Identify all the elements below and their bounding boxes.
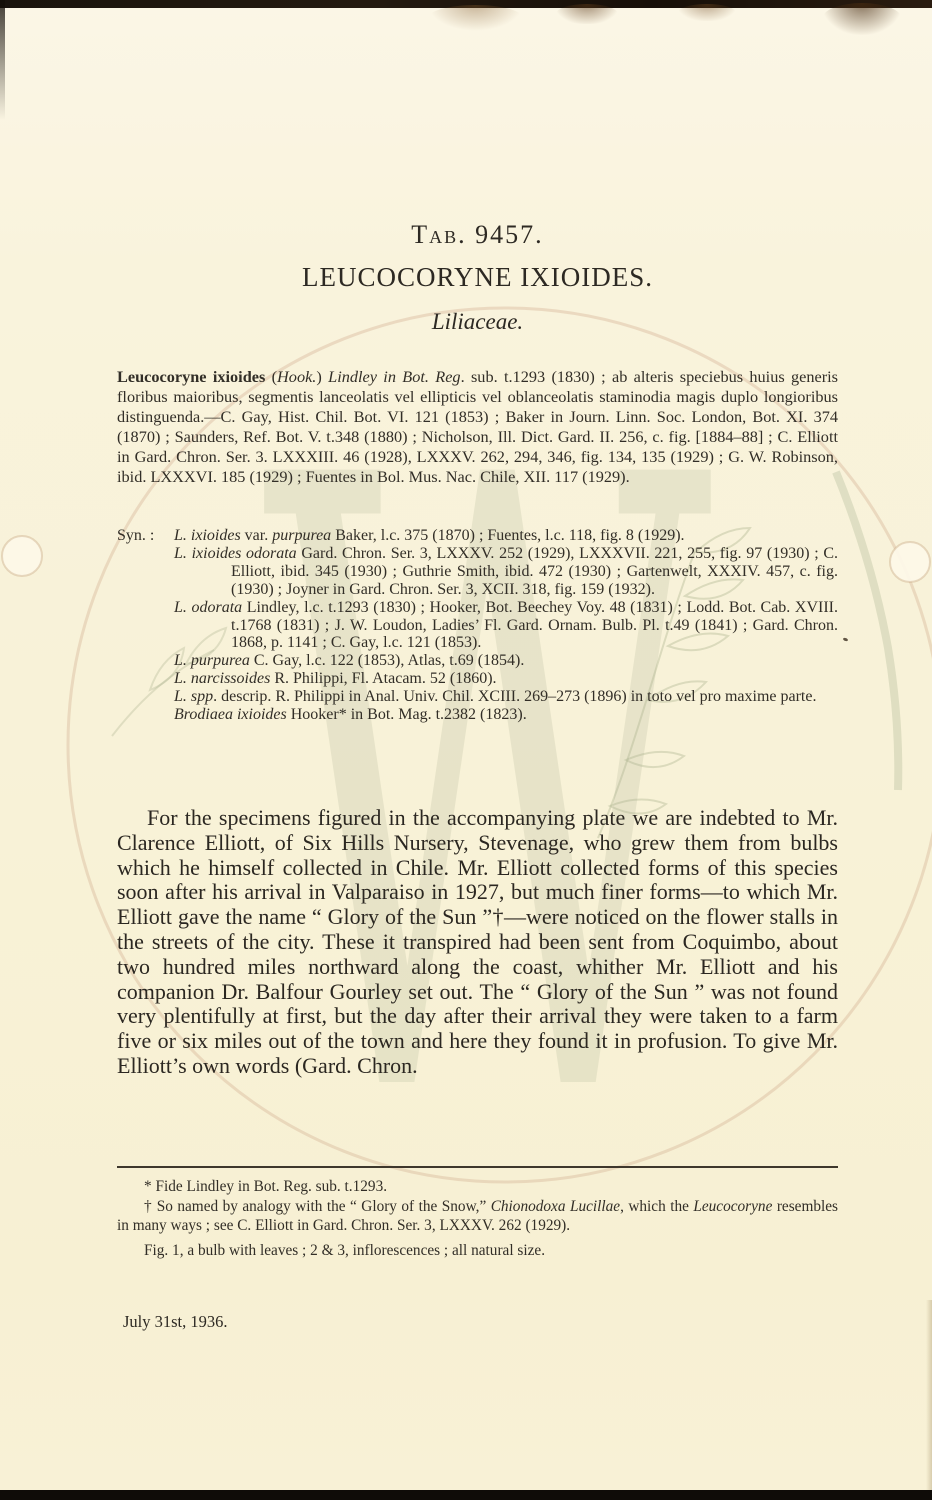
ink-stain: [678, 4, 736, 21]
synonym-entry: L. ixioides odorata Gard. Chron. Ser. 3,…: [117, 545, 838, 599]
publication-date: July 31st, 1936.: [123, 1312, 228, 1332]
figure-caption: Fig. 1, a bulb with leaves ; 2 & 3, infl…: [117, 1241, 838, 1261]
synonym-entry: L. narcissoides R. Philippi, Fl. Atacam.…: [117, 670, 838, 688]
scan-edge-right: [926, 1300, 932, 1500]
footnotes-section: * Fide Lindley in Bot. Reg. sub. t.1293.…: [117, 1177, 838, 1260]
footnote-rule: [117, 1166, 838, 1168]
footnote-dagger: † So named by analogy with the “ Glory o…: [117, 1197, 838, 1236]
scanned-page: W Tab. 9457. LEUCOCORYNE IXIOIDES. Lilia…: [0, 0, 932, 1500]
synonymy-label: Syn. :: [117, 527, 154, 545]
plate-number: Tab. 9457.: [117, 220, 838, 250]
ink-stain: [822, 3, 902, 35]
watermark-dot-left: [2, 536, 42, 576]
ink-stain: [556, 4, 618, 24]
ink-stain: [428, 5, 523, 31]
synonym-entry: L. spp. descrip. R. Philippi in Anal. Un…: [117, 688, 838, 706]
watermark-dot-right: [890, 542, 930, 582]
synonym-entry: Brodiaea ixioides Hooker* in Bot. Mag. t…: [117, 706, 838, 724]
watermark-flourish-arc: [836, 472, 898, 790]
synonymy-section: Syn. : L. ixioides var. purpurea Baker, …: [117, 527, 838, 724]
scan-edge-left: [0, 0, 5, 120]
scan-edge-bottom: [0, 1490, 932, 1500]
synonym-entry: L. odorata Lindley, l.c. t.1293 (1830) ;…: [117, 599, 838, 653]
nomenclature-citation: Leucocoryne ixioides (Hook.) Lindley in …: [117, 367, 838, 487]
paper-speck: [843, 637, 849, 642]
footnote-asterisk: * Fide Lindley in Bot. Reg. sub. t.1293.: [117, 1177, 838, 1197]
synonym-entry: L. purpurea C. Gay, l.c. 122 (1853), Atl…: [117, 652, 838, 670]
family-name: Liliaceae.: [117, 309, 838, 335]
synonym-entry: L. ixioides var. purpurea Baker, l.c. 37…: [117, 527, 838, 545]
body-paragraph: For the specimens figured in the accompa…: [117, 806, 838, 1079]
species-title: LEUCOCORYNE IXIOIDES.: [117, 262, 838, 293]
